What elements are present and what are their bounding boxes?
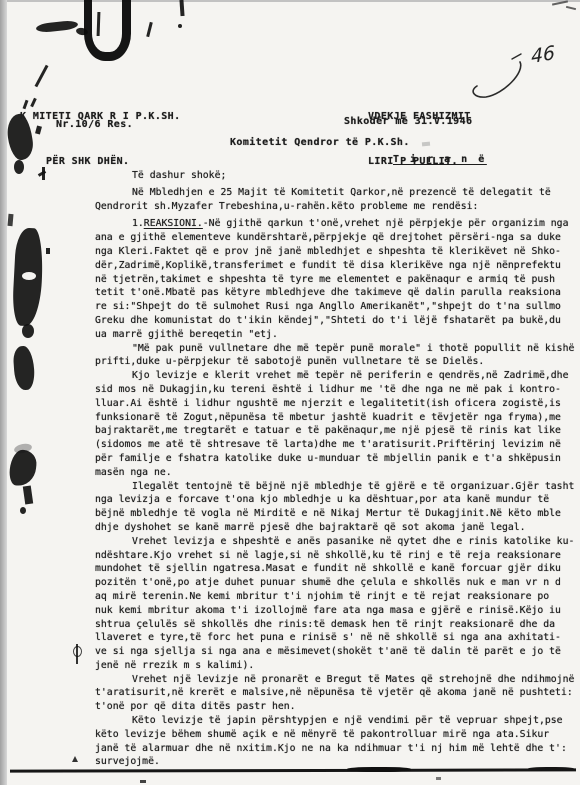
- pen-scribble: [462, 52, 537, 112]
- document-text-line: ua marrë gjithë bereqetin "etj.: [95, 328, 580, 342]
- document-text-line: lluar.Ai është i lidhur ngushtë me njerz…: [95, 397, 580, 411]
- addressee-city: T i r a n ë: [393, 152, 487, 167]
- document-text-line: survejojmë.: [95, 755, 580, 769]
- document-text-line: për familje e fshatra katolike duke u-mu…: [95, 452, 580, 466]
- addressee-line: Komitetit Qendror të P.K.Sh.: [230, 135, 410, 150]
- document-text-line: shtrua çelulës së shkollës dhe rinis:të …: [95, 618, 580, 632]
- ink-stroke: [179, 0, 184, 16]
- pen-stroke: [566, 6, 576, 10]
- place-and-date: Shkodër më 31.V.1946: [344, 114, 472, 129]
- document-text-line: Greku dhe komunistat do t'ikin këndej","…: [95, 314, 580, 328]
- document-text-line: t'aratisurit,në krerët e malsive,në nëpu…: [95, 686, 580, 700]
- document-text-line: prifti,duke u-përpjekur të sabotojë punë…: [95, 355, 580, 369]
- document-text-line: masën nga ne.: [95, 466, 580, 480]
- scanned-document-page: 46 K MITETI QARK R I P.K.SH. PËR SHK DHË…: [0, 0, 580, 785]
- ink-speck: [178, 24, 182, 28]
- page-bottom-rule-segment: [347, 767, 411, 772]
- document-text-line: jenë në rrezik m s kalimi).: [95, 659, 580, 673]
- ink-speck: [46, 248, 50, 254]
- reference-number: Nr.10/6 Res.: [56, 117, 133, 132]
- document-text-line: llaveret e tyre,të forc het puna e rinis…: [95, 631, 580, 645]
- document-text-line: 1.REAKSIONI.-Në gjithë qarkun t'onë,vreh…: [95, 217, 580, 231]
- document-text-line: re si:"Shpejt do të sulmohet Rusi nga An…: [95, 300, 580, 314]
- page-bottom-rule: [10, 768, 576, 772]
- document-text-line: Qendrorit sh.Myzafer Trebeshina,u-rahën.…: [95, 200, 580, 214]
- document-text-line: nuk kemi mbritur akoma t'i izollojmë far…: [95, 604, 580, 618]
- document-text-line: janë të alarmuar dhe në nxitim.Kjo ne na…: [95, 742, 580, 756]
- document-text-line: nga Kleri.Faktet që e prov jnë janë mble…: [95, 245, 580, 259]
- document-body: Të dashur shokë;Në Mbledhjen e 25 Majit …: [95, 169, 580, 769]
- document-text-line: Të dashur shokë;: [95, 169, 580, 183]
- document-text-line: dër,Zadrimë,Koplikë,transferimet e fundi…: [95, 259, 580, 273]
- document-text-line: Vrehet levizja e shpeshtë e anës pasanik…: [95, 535, 580, 549]
- document-text-line: pozitën t'onë,po atje duhet punuar shumë…: [95, 576, 580, 590]
- document-text-line: ve si nga sjellja si nga ana e mësimevet…: [95, 645, 580, 659]
- document-text-line: t'onë por që dita ditës pastr hen.: [95, 700, 580, 714]
- document-text-line: Kjo levizje e klerit vrehet më tepër në …: [95, 369, 580, 383]
- document-text-line: këto levizje bëhem shumë açik e në mënyr…: [95, 728, 580, 742]
- ink-speck: [436, 777, 441, 780]
- document-text-line: dhje dyshohet se kanë marrë pjesë dhe ba…: [95, 521, 580, 535]
- document-text-line: Vrehet një levizje në pronarët e Bregut …: [95, 673, 580, 687]
- org-name-line2: PËR SHK DHËN.: [20, 154, 181, 169]
- document-text-line: tetit t'onë.Mbatë pas këtyre mbledhjeve …: [95, 286, 580, 300]
- document-text-line: në tjetrën,takimet e shpeshta të tyre me…: [95, 273, 580, 287]
- document-text-line: mundohet të sjellin ngatresa.Masat e fun…: [95, 562, 580, 576]
- ink-blot: [23, 486, 33, 505]
- ink-stamp-mark: [36, 20, 79, 33]
- ink-speck: [140, 780, 146, 783]
- ink-speck: [76, 644, 78, 664]
- document-text-line: Në Mbledhjen e 25 Majit të Komitetit Qar…: [95, 186, 580, 200]
- document-text-line: aq mirë terenin.Ne kemi mbritur t'i njoh…: [95, 590, 580, 604]
- document-text-line: sid mos në Dukagjin,ku tereni është i li…: [95, 383, 580, 397]
- ink-speck: [20, 507, 26, 514]
- document-text-line: ndështare.Kjo vrehet si në lagje,si në s…: [95, 549, 580, 563]
- document-text-line: Ilegalët tentojnë të bëjnë një mbledhje …: [95, 480, 580, 494]
- ink-speck: [7, 214, 13, 226]
- document-text-line: ana e gjithë elementeve kundërshtarë,për…: [95, 231, 580, 245]
- ink-stamp-mark: [84, 0, 131, 61]
- document-text-line: nga levizja e forcave t'ona kjo mbledhje…: [95, 493, 580, 507]
- ink-blot: [22, 324, 34, 338]
- document-text-line: (sidomos me atë të shtresave të larta)dh…: [95, 438, 580, 452]
- document-text-line: Këto levizje të japin përshtypjen e një …: [95, 714, 580, 728]
- document-text-line: bëjnë mbledhje të vogla në Mirditë e në …: [95, 507, 580, 521]
- ink-stroke: [146, 22, 153, 37]
- scan-edge-left: [0, 0, 7, 785]
- ink-blot: [12, 345, 35, 390]
- ink-blot: [8, 449, 38, 488]
- document-text-line: funksionarë të Zogut,nëpunësa të mbetur …: [95, 411, 580, 425]
- document-text-line: "Më pak punë vullnetare dhe më tepër pun…: [95, 342, 580, 356]
- ink-speck: [72, 756, 78, 762]
- document-text-line: bajraktarët,me tregtarët e tatuar e të p…: [95, 424, 580, 438]
- handwritten-number: 46: [531, 42, 556, 68]
- ink-blot: [22, 272, 36, 280]
- page-bottom-rule-segment: [528, 767, 574, 771]
